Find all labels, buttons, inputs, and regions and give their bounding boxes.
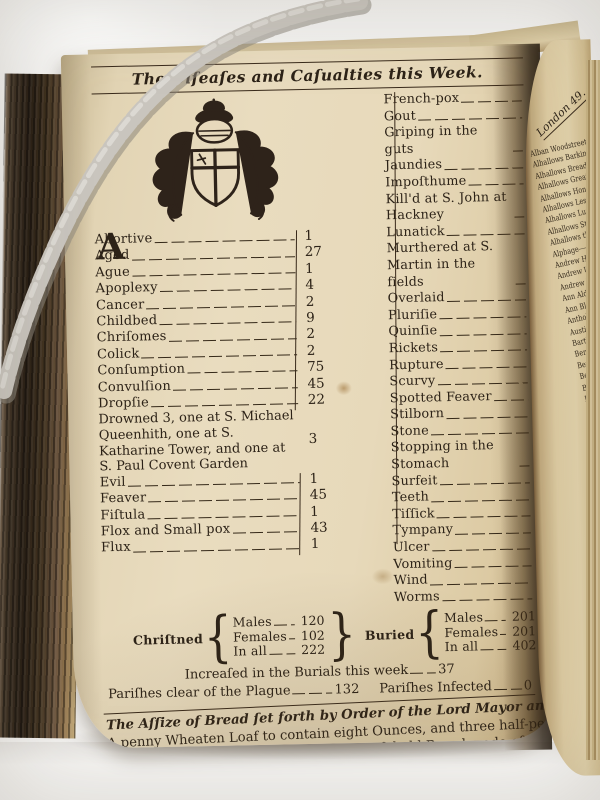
disease-name: Griping in the guts (384, 123, 511, 159)
christned-label: Chriſtned (133, 631, 203, 647)
disease-name: Surfeit (391, 473, 437, 491)
disease-name: Chriſomes (97, 329, 167, 347)
disease-count: 4 (297, 277, 335, 294)
leader-dashes (410, 664, 436, 678)
photo-of-open-book: The Diſeaſes and Caſualties this Week. (0, 0, 600, 800)
disease-count: 45 (302, 487, 340, 504)
disease-name: Jaundies (385, 157, 443, 175)
drowned-entry: Drowned 3, one at S. Michael Queenhith, … (98, 408, 339, 475)
total-row: In all 222 (233, 643, 327, 659)
totals-section: Chriſtned { Males 120 Females (133, 610, 536, 662)
disease-name: Dropſie (98, 395, 149, 412)
right-page-edge-stack (586, 60, 600, 760)
page-title: The Diſeaſes and Caſualties this Week. (132, 62, 483, 88)
bill-of-mortality-page: The Diſeaſes and Caſualties this Week. (61, 45, 553, 749)
disease-count: 2 (298, 326, 336, 343)
disease-name: Wind (393, 573, 428, 590)
disease-count: 1 (296, 227, 334, 244)
christned-rows: Males 120 Females 102 In all (233, 614, 328, 659)
disease-name: Flux (101, 540, 131, 557)
drowned-text: Drowned 3, one at S. Michael Queenhith, … (98, 409, 301, 476)
disease-name: Stilborn (390, 406, 444, 424)
disease-list-bottom: Evil 1 Feaver 45 (100, 470, 341, 557)
disease-count: 27 (297, 244, 335, 261)
buried-label: Buried (365, 626, 415, 642)
drowned-count: 3 (300, 431, 338, 447)
disease-count: 1 (303, 536, 341, 553)
disease-name: Impoſthume (385, 174, 466, 192)
disease-name: Spotted Feaver (390, 389, 492, 408)
disease-name: Vomiting (393, 556, 453, 574)
disease-count: 2 (298, 293, 336, 310)
parishes-infected-label: Pariſhes Infected (379, 679, 492, 696)
total-name: In all (445, 640, 479, 655)
disease-name: Colick (97, 346, 140, 363)
leader-dashes (292, 684, 332, 698)
disease-count: 1 (302, 503, 340, 520)
leader-dashes (269, 646, 296, 659)
disease-count: 22 (300, 391, 338, 408)
disease-name: Feaver (100, 491, 147, 508)
left-disease-column: A Abortive 1 Aged 27 (92, 93, 342, 612)
parishes-clear-label: Pariſhes clear of the Plague (108, 683, 291, 702)
open-brace-glyph: { (415, 608, 444, 659)
disease-name: Evil (100, 475, 126, 492)
disease-name: Ulcer (393, 539, 430, 556)
disease-count: 75 (299, 359, 337, 376)
disease-name: Conſumption (97, 362, 185, 380)
disease-list-top: A Abortive 1 Aged 27 (95, 227, 338, 412)
disease-name: Tympany (392, 522, 453, 540)
disease-count: 43 (302, 519, 340, 536)
right-page-header: London 49. (534, 86, 590, 140)
dropcap-initial-A: A (96, 230, 125, 265)
disease-name: Kill'd at S. John at Hackney (385, 189, 512, 225)
parishes-clear-count: 132 (334, 682, 359, 698)
leader-dashes (289, 631, 295, 644)
total-count: 222 (297, 643, 327, 658)
page-header-rule: The Diſeaſes and Caſualties this Week. (91, 57, 523, 94)
disease-count: 1 (301, 470, 339, 487)
close-brace-glyph: } (327, 610, 356, 661)
disease-count: 1 (297, 260, 335, 277)
open-brace-glyph: { (204, 613, 233, 664)
disease-name: Childbed (96, 313, 157, 331)
disease-name: Fiſtula (100, 507, 145, 524)
disease-name: Rupture (389, 357, 444, 375)
disease-count: 9 (298, 309, 336, 326)
disease-name: Cancer (96, 297, 145, 314)
casualties-table: A Abortive 1 Aged 27 (92, 89, 535, 612)
disease-name: Convulſion (98, 379, 172, 397)
disease-name: Tiſſick (392, 506, 435, 523)
city-of-london-arms-woodcut-icon (134, 94, 297, 227)
disease-name: Apoplexy (96, 280, 158, 298)
disease-count: 2 (299, 342, 337, 359)
disease-count: 45 (299, 375, 337, 392)
leader-dashes (133, 540, 301, 557)
disease-name: Gout (384, 108, 416, 125)
total-name: In all (233, 644, 267, 659)
